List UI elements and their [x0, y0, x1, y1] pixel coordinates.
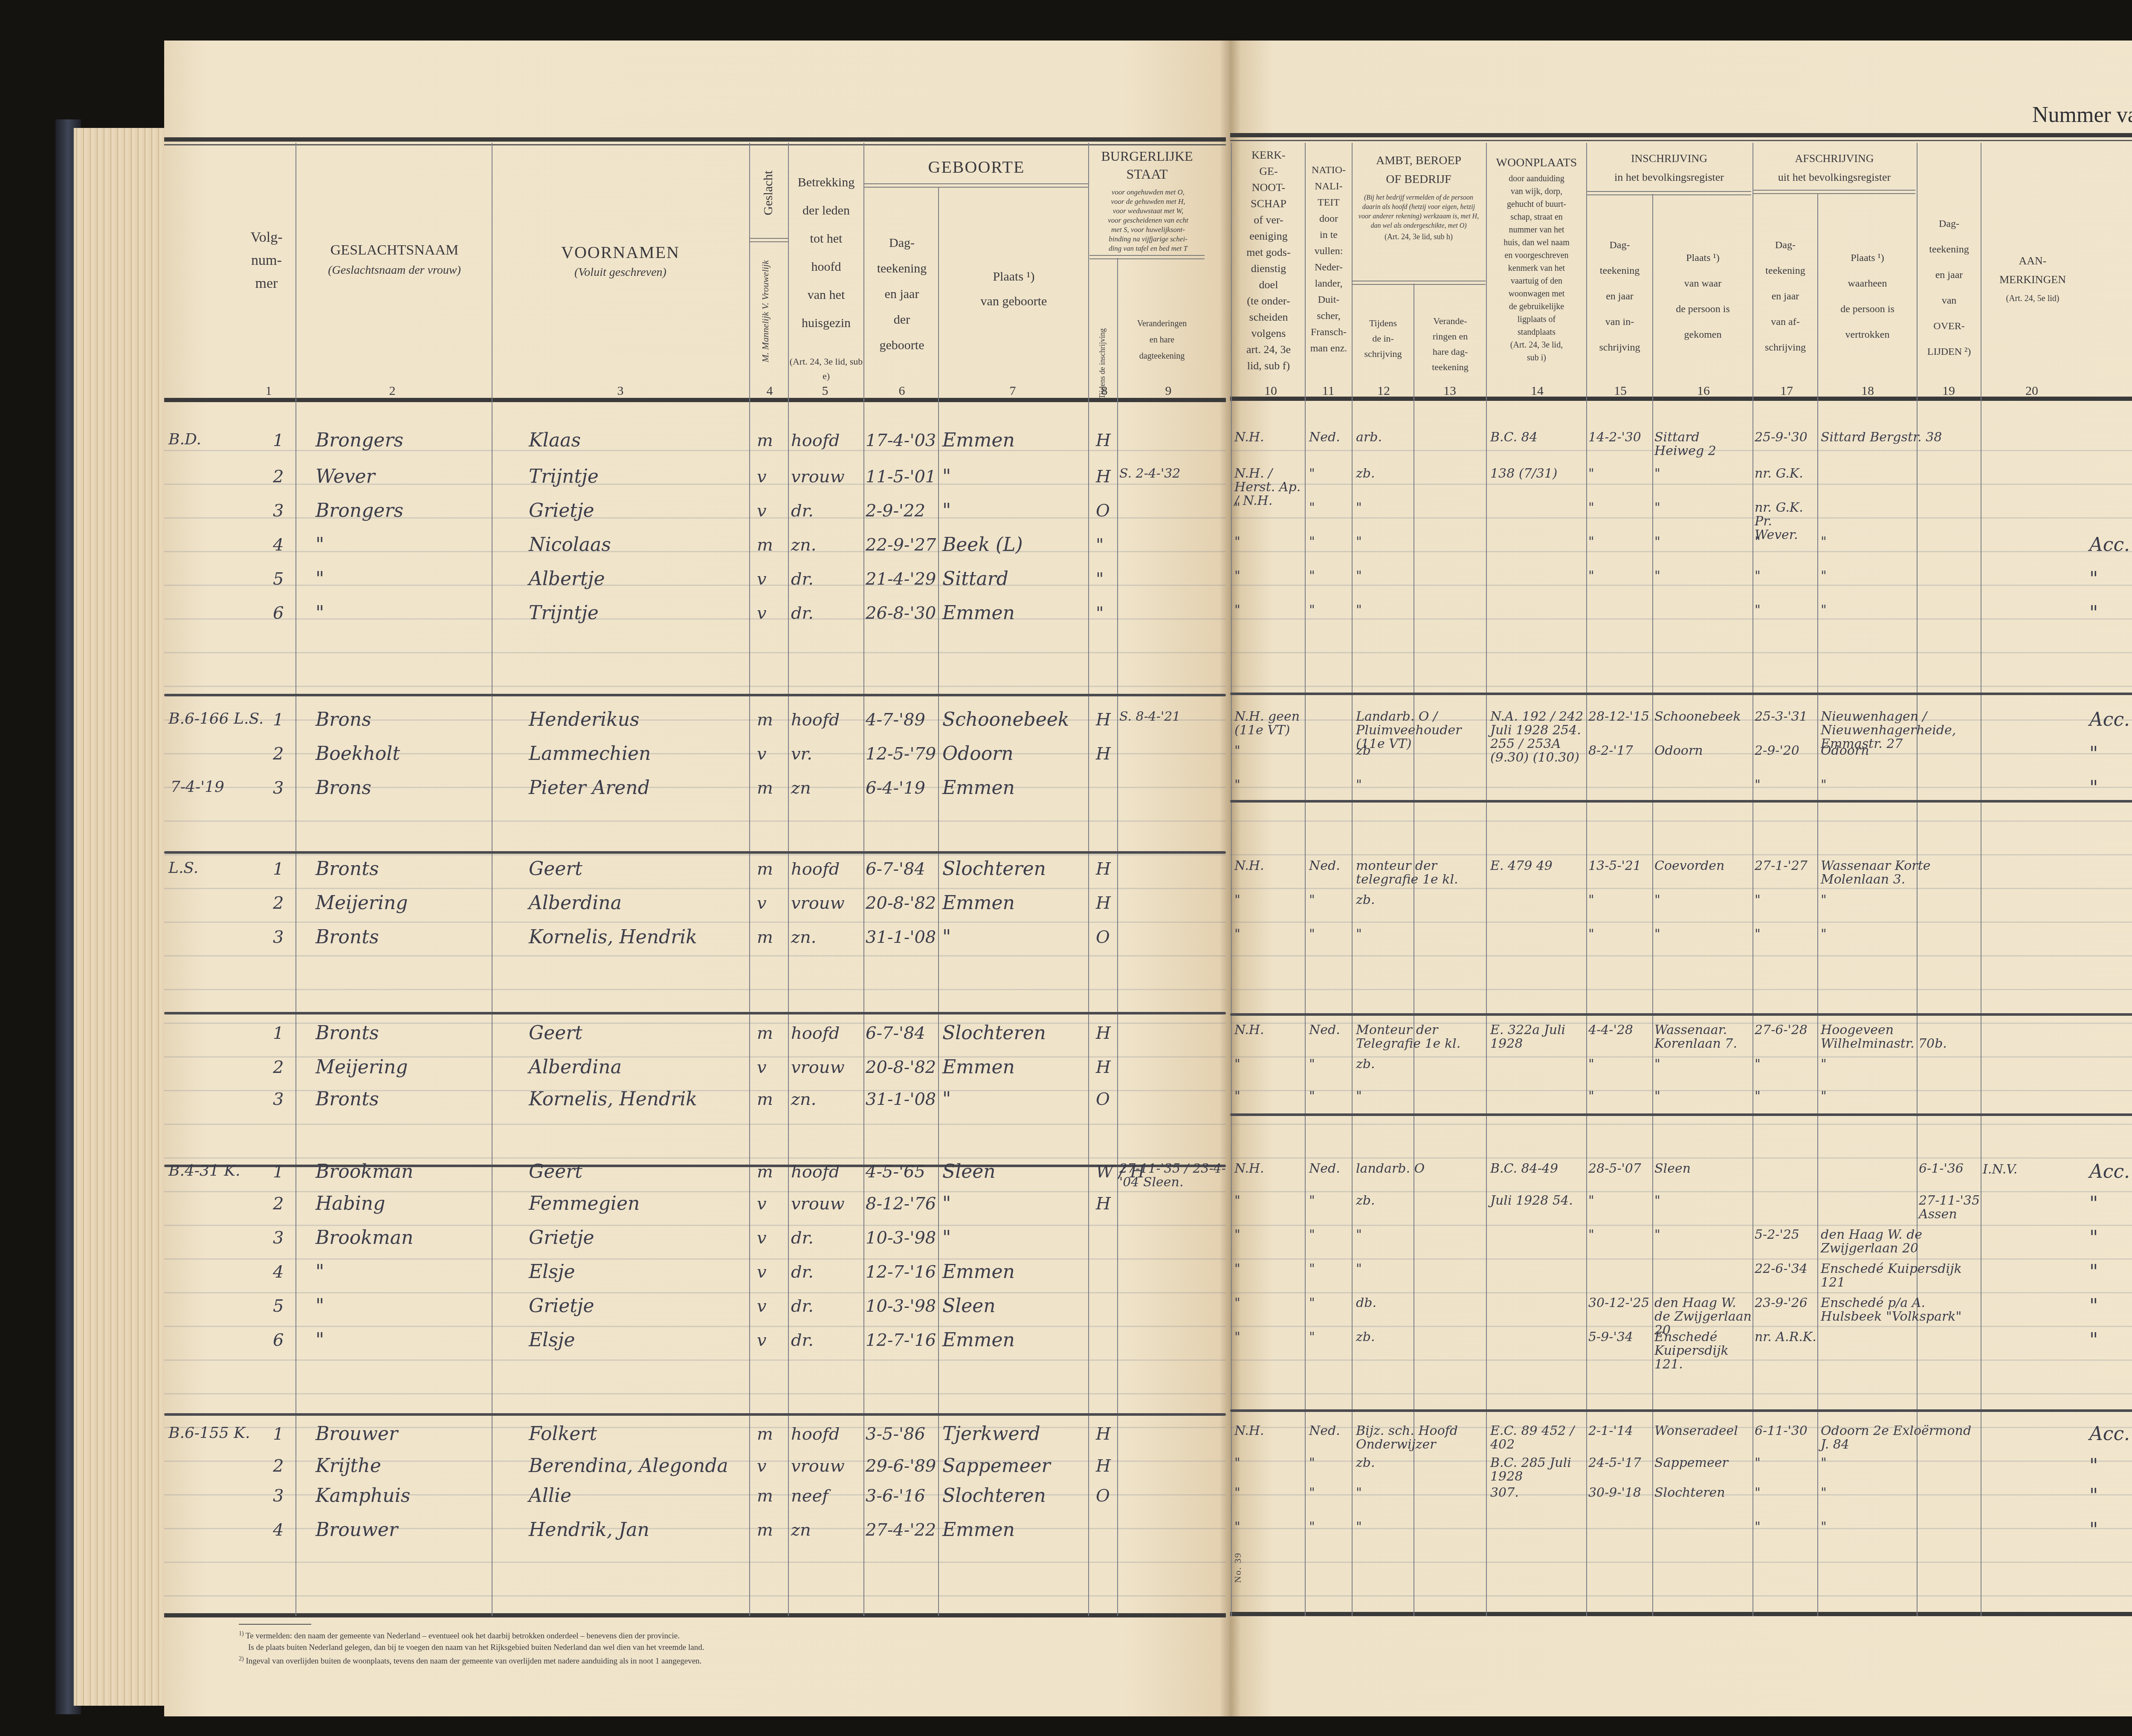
cell-home: 138 (7/31): [1490, 467, 1558, 481]
cell-nr: 3: [273, 927, 284, 947]
cell-dob: 21-4-'29: [866, 569, 936, 589]
cell-civil: H: [1096, 467, 1111, 487]
col1-header-line: Volg-: [239, 226, 294, 249]
cell-in-date: ": [1588, 569, 1594, 583]
col19-header-line: LIJDEN ²): [1918, 339, 1981, 365]
cell-in-date: 28-5-'07: [1588, 1162, 1641, 1176]
col20-header-line: AAN-: [1981, 252, 2084, 270]
cell-in-from: Sittard Heiweg 2: [1654, 431, 1752, 458]
ruled-line: [164, 1124, 1226, 1125]
column-number: 12: [1371, 384, 1396, 398]
cell-rel: dr.: [791, 1262, 814, 1282]
ruled-line: [164, 922, 1226, 923]
col12-header-line: de in-: [1353, 331, 1414, 346]
col2-header-title: GESLACHTSNAAM: [298, 239, 490, 262]
cell-out-to: Odoorn: [1821, 744, 1869, 758]
cell-out-to: Hoogeveen Wilhelminastr. 70b.: [1821, 1023, 1974, 1051]
cell-nr: 3: [273, 1486, 284, 1506]
sheet-number-label: Nummer van het blad: [2032, 102, 2132, 128]
column-number: 6: [889, 384, 915, 398]
cell-in-from: ": [1654, 467, 1660, 481]
cell-out-date: 27-1-'27: [1755, 859, 1808, 873]
cell-occ: ": [1356, 1520, 1362, 1534]
cell-in-date: 13-5-'21: [1588, 859, 1641, 873]
cell-civil: ": [1096, 603, 1104, 623]
ruled-line: [1230, 1090, 2132, 1091]
col4-header: Geslacht: [761, 171, 776, 215]
col6-header-line: en jaar: [866, 281, 938, 307]
burgerlijke-header-line: BURGERLIJKE: [1089, 147, 1205, 165]
cell-occ: zb.: [1356, 1456, 1375, 1470]
col16-header-line: Plaats ¹): [1653, 245, 1753, 271]
cell-out-date: 23-9-'26: [1755, 1296, 1808, 1310]
ruled-line: [1230, 1393, 2132, 1394]
footnote-2: 2) Ingeval van overlijden buiten de woon…: [239, 1653, 704, 1667]
cell-sex: v: [757, 1296, 767, 1316]
cell-surname: Brons: [316, 778, 371, 798]
burgerlijke-legend-line: binding na vijfjarige schei-: [1092, 235, 1205, 244]
cell-home: B.C. 84: [1490, 431, 1538, 444]
col-divider: [1352, 143, 1353, 1616]
cell-out-to: ": [1821, 569, 1827, 583]
cell-in-from: ": [1654, 1090, 1660, 1103]
col14-header-line: door aanduiding: [1487, 172, 1586, 185]
col2-header: GESLACHTSNAAM (Geslachtsnaam der vrouw): [298, 239, 490, 279]
col15-header-line: Dag-: [1587, 232, 1652, 258]
col14-header: WOONPLAATS door aanduiding van wijk, dor…: [1487, 154, 1586, 364]
ruled-line: [1230, 820, 2132, 822]
col1-header-line: num-: [239, 249, 294, 272]
ambt-header-line: AMBT, BEROEP: [1353, 151, 1485, 170]
cell-sex: m: [757, 710, 773, 730]
col-divider: [1981, 143, 1981, 1616]
col10-header-line: doel: [1232, 277, 1305, 293]
cell-civil: H: [1096, 1194, 1111, 1214]
col-divider: [938, 188, 939, 1616]
cell-nat: ": [1309, 1262, 1315, 1276]
cell-occ: ": [1356, 1228, 1362, 1242]
col11-header-line: scher,: [1306, 308, 1352, 324]
cell-rel: vrouw: [791, 1194, 845, 1214]
cell-occ: Landarb. O / Pluimveehouder (11e VT): [1356, 710, 1484, 751]
cell-dob: 20-8-'82: [866, 893, 936, 913]
cell-surname: Boekholt: [316, 744, 400, 764]
col11-header-line: Duit-: [1306, 292, 1352, 308]
cell-given: Kornelis, Hendrik: [529, 1090, 697, 1109]
ruled-line: [1230, 955, 2132, 956]
column-number: 9: [1156, 384, 1181, 398]
cell-in-date: 24-5-'17: [1588, 1456, 1641, 1470]
col-divider: [1652, 194, 1653, 1616]
col3-header: VOORNAMEN (Voluit geschreven): [495, 241, 746, 281]
cell-out-to: Enschedé p/a A. Hulsbeek "Volkspark": [1821, 1296, 1974, 1324]
col18-header: Plaats ¹) waarheen de persoon is vertrok…: [1818, 245, 1917, 348]
col14-header-line: woonwagen met: [1487, 287, 1586, 300]
cell-nat: ": [1309, 927, 1315, 941]
col5-header-sub: (Art. 24, 3e lid, sub e): [789, 354, 863, 383]
cell-death: 6-1-'36: [1919, 1162, 1964, 1176]
cell-in-date: 4-4-'28: [1588, 1023, 1633, 1037]
cell-rel: dr.: [791, 1330, 814, 1350]
cell-pob: Slochteren: [942, 1023, 1046, 1043]
col11-header-line: TEIT: [1306, 194, 1352, 211]
cell-in-from: Enschedé Kuipersdijk 121.: [1654, 1330, 1752, 1371]
burgerlijke-legend-line: ding van tafel en bed met T: [1092, 244, 1205, 253]
family-ref-note: 7-4-'19: [171, 778, 224, 796]
cell-rel: hoofd: [791, 1162, 840, 1182]
col7-header-line: Plaats ¹): [940, 264, 1087, 289]
cell-out-to: ": [1821, 927, 1827, 941]
col-divider: [1817, 194, 1818, 1616]
burgerlijke-separator: [1089, 255, 1205, 259]
family-register-ref: B.6-155 K.: [168, 1424, 250, 1442]
cell-nat: ": [1309, 1330, 1315, 1344]
cell-surname: Brongers: [316, 501, 403, 521]
cell-pob: Odoorn: [942, 744, 1014, 764]
column-number: 17: [1774, 384, 1799, 398]
cell-in-date: ": [1588, 1194, 1594, 1208]
col15-header-line: teekening: [1587, 258, 1652, 284]
cell-church: N.H.: [1234, 431, 1264, 444]
cell-rel: hoofd: [791, 859, 840, 879]
cell-pob: Emmen: [942, 1330, 1015, 1350]
cell-dob: 22-9-'27: [866, 535, 936, 555]
cell-given: Elsje: [529, 1262, 575, 1282]
cell-pob: Emmen: [942, 1058, 1015, 1077]
cell-occ: landarb. O: [1356, 1162, 1425, 1176]
cell-rel: hoofd: [791, 1023, 840, 1043]
ambt-header-line: OF BEDRIJF: [1353, 170, 1485, 189]
col20-header-sub: (Art. 24, 5e lid): [1981, 289, 2084, 308]
cell-sex: m: [757, 1486, 773, 1506]
ruled-line: [1230, 652, 2132, 653]
ruled-line: [1230, 888, 2132, 889]
col5-header-line: Betrekking: [789, 168, 863, 197]
cell-pob: Sittard: [942, 569, 1008, 589]
col18-header-line: vertrokken: [1818, 322, 1917, 348]
cell-remark: Acc.: [2089, 535, 2130, 555]
ruled-line: [1230, 922, 2132, 923]
cell-occ: ": [1356, 501, 1362, 515]
cell-surname: Meijering: [316, 1058, 408, 1077]
cell-home: E. 322a Juli 1928: [1490, 1023, 1586, 1051]
cell-given: Alberdina: [529, 893, 622, 913]
cell-church: ": [1234, 1228, 1240, 1242]
cell-church: N.H. / Herst. Ap. / N.H.: [1234, 467, 1305, 508]
col10-header-line: NOOT-: [1232, 180, 1305, 196]
cell-out-to: ": [1821, 535, 1827, 549]
cell-given: Trijntje: [529, 467, 599, 487]
cell-pob: ": [942, 1194, 951, 1214]
col16-header-line: gekomen: [1653, 322, 1753, 348]
col14-header-line: sub i): [1487, 351, 1586, 364]
col6-header-line: teekening: [866, 256, 938, 281]
cell-remark: ": [2089, 1330, 2098, 1350]
cell-dob: 4-7-'89: [866, 710, 925, 730]
cell-pob: ": [942, 927, 951, 947]
cell-civil: H: [1096, 710, 1111, 730]
cell-in-from: Odoorn: [1654, 744, 1703, 758]
burgerlijke-legend-line: voor gescheidenen van echt: [1092, 216, 1205, 225]
ruled-line: [164, 686, 1226, 687]
cell-surname: Bronts: [316, 859, 379, 879]
form-number: No. 39: [1232, 1552, 1243, 1583]
cell-sex: m: [757, 1090, 773, 1109]
cell-out-to: Wassenaar Korte Molenlaan 3.: [1821, 859, 1974, 887]
cell-pob: Sappemeer: [942, 1456, 1051, 1476]
cell-in-from: Schoonebeek: [1654, 710, 1741, 724]
family-separator: [164, 1413, 1226, 1416]
cell-pob: Emmen: [942, 1262, 1015, 1282]
col2-header-sub: (Geslachtsnaam der vrouw): [298, 262, 490, 279]
col5-header-line: tot het: [789, 225, 863, 253]
col20-header-line: MERKINGEN: [1981, 270, 2084, 289]
cell-given: Grietje: [529, 501, 594, 521]
col5-header: Betrekking der leden tot het hoofd van h…: [789, 168, 863, 383]
header-bottom-rule-right: [1230, 397, 2132, 401]
col10-header-line: dienstig: [1232, 261, 1305, 277]
cell-remark: Acc.: [2089, 1424, 2130, 1444]
col4-header-sub: M. Mannelijk V. Vrouwelijk: [760, 260, 771, 362]
burgerlijke-header-line: STAAT: [1089, 165, 1205, 183]
table-bottom-rule-left: [164, 1613, 1226, 1617]
col-divider: [1305, 143, 1306, 1616]
cell-in-date: ": [1588, 467, 1594, 481]
cell-home: N.A. 192 / 242 Juli 1928 254. 255 / 253A…: [1490, 710, 1586, 765]
cell-nat: ": [1309, 569, 1315, 583]
cell-sex: m: [757, 1023, 773, 1043]
col17-header-line: teekening: [1753, 258, 1817, 284]
cell-rel: dr.: [791, 603, 814, 623]
cell-surname: Brons: [316, 710, 371, 730]
ruled-line: [1230, 1258, 2132, 1260]
ambt-group-header: AMBT, BEROEP OF BEDRIJF (Bij het bedrijf…: [1353, 151, 1485, 243]
cell-occ: zb.: [1356, 893, 1375, 907]
column-number: 3: [608, 384, 633, 398]
cell-out-date: nr. G.K.: [1755, 467, 1803, 481]
cell-given: Henderikus: [529, 710, 640, 730]
ruled-line: [1230, 989, 2132, 990]
cell-sex: v: [757, 1058, 767, 1077]
cell-sex: m: [757, 778, 773, 798]
col11-header-line: NATIO-: [1306, 162, 1352, 178]
col12-header-line: Tijdens: [1353, 316, 1414, 331]
cell-remark: ": [2089, 1456, 2098, 1476]
col6-header-line: geboorte: [866, 333, 938, 358]
cell-civil: H: [1096, 431, 1111, 450]
header-top-thin-left: [164, 144, 1226, 145]
afschrijving-header-line: uit het bevolkingsregister: [1753, 168, 1915, 187]
cell-remark: ": [2089, 744, 2098, 764]
col14-header-line: nummer van het: [1487, 223, 1586, 236]
cell-death: 27-11-'35 Assen: [1919, 1194, 1981, 1221]
header-top-rule-right: [1230, 133, 2132, 137]
col19-header-line: Dag-: [1918, 211, 1981, 237]
cell-occ: zb.: [1356, 1194, 1375, 1208]
cell-nr: 2: [273, 1058, 284, 1077]
cell-given: Alberdina: [529, 1058, 622, 1077]
cell-nat: ": [1309, 535, 1315, 549]
col14-header-line: vaartuig of den: [1487, 275, 1586, 287]
cell-in-from: ": [1654, 535, 1660, 549]
cell-in-date: ": [1588, 927, 1594, 941]
cell-surname: Habing: [316, 1194, 385, 1214]
col14-header-line: schap, straat en: [1487, 211, 1586, 223]
afschrijving-group-header: AFSCHRIJVING uit het bevolkingsregister: [1753, 149, 1915, 187]
cell-in-date: ": [1588, 501, 1594, 515]
cell-in-date: ": [1588, 1090, 1594, 1103]
cell-pob: ": [942, 1228, 951, 1248]
cell-dob: 12-5-'79: [866, 744, 936, 764]
cell-given: Folkert: [529, 1424, 597, 1444]
cell-civil: H: [1096, 1424, 1111, 1444]
cell-given: Allie: [529, 1486, 571, 1506]
cell-out-to: Sittard Bergstr. 38: [1821, 431, 1942, 444]
cell-nat: ": [1309, 501, 1315, 515]
cell-nat: Ned.: [1309, 1162, 1340, 1176]
cell-out-to: Enschedé Kuipersdijk 121: [1821, 1262, 1974, 1290]
cell-home: Juli 1928 54.: [1490, 1194, 1573, 1208]
cell-sex: v: [757, 1228, 767, 1248]
col9-header-line: dagteekening: [1119, 348, 1205, 364]
cell-nat: ": [1309, 603, 1315, 617]
cell-in-date: 14-2-'30: [1588, 431, 1641, 444]
col13-header-line: teekening: [1414, 359, 1486, 375]
column-number: 7: [1000, 384, 1025, 398]
cell-pob: Tjerkwerd: [942, 1424, 1040, 1444]
cell-occ: zb.: [1356, 1330, 1375, 1344]
cell-pob: Schoonebeek: [942, 710, 1069, 730]
cell-remark: ": [2089, 1228, 2098, 1248]
geslacht-separator: [750, 238, 788, 242]
ruled-line: [1230, 1191, 2132, 1192]
cell-out-date: ": [1755, 1456, 1761, 1470]
cell-nr: 1: [273, 859, 284, 879]
cell-rel: hoofd: [791, 1424, 840, 1444]
burgerlijke-legend-line: voor weduwstaat met W,: [1092, 206, 1205, 216]
col10-header: KERK- GE- NOOT- SCHAP of ver- eeniging m…: [1232, 147, 1305, 374]
cell-nat: ": [1309, 893, 1315, 907]
col5-header-line: van het: [789, 281, 863, 309]
cell-sex: v: [757, 893, 767, 913]
col16-header-line: de persoon is: [1653, 296, 1753, 322]
cell-church: ": [1234, 569, 1240, 583]
cell-church: ": [1234, 927, 1240, 941]
cell-pob: Sleen: [942, 1296, 996, 1316]
col-divider: [492, 143, 492, 1616]
col10-header-line: lid, sub f): [1232, 358, 1305, 374]
cell-civil-change: S. 2-4-'32: [1119, 467, 1180, 481]
cell-dob: 26-8-'30: [866, 603, 936, 623]
cell-civil-change: 27-11-'35 / 23-4-'04 Sleen.: [1119, 1162, 1230, 1189]
ruled-line: [1230, 1528, 2132, 1529]
cell-church: ": [1234, 1330, 1240, 1344]
col10-header-line: met gods-: [1232, 244, 1305, 261]
cell-given: Geert: [529, 1162, 582, 1182]
col5-header-line: der leden: [789, 197, 863, 225]
cell-surname: Krijthe: [316, 1456, 381, 1476]
cell-in-from: Wonseradeel: [1654, 1424, 1738, 1438]
col13-header: Verande- ringen en hare dag- teekening: [1414, 313, 1486, 375]
family-register-ref: L.S.: [168, 859, 198, 877]
ruled-line: [164, 1225, 1226, 1226]
cell-in-date: 30-9-'18: [1588, 1486, 1641, 1500]
col11-header-line: Neder-: [1306, 259, 1352, 275]
cell-surname: Kamphuis: [316, 1486, 410, 1506]
inschrijving-header-line: in het bevolkingsregister: [1587, 168, 1751, 187]
cell-nr: 6: [273, 603, 284, 623]
cell-surname: ": [316, 1296, 324, 1316]
cell-out-date: 2-9-'20: [1755, 744, 1799, 758]
col14-header-line: ligplaats of: [1487, 313, 1586, 326]
cell-given: Femmegien: [529, 1194, 640, 1214]
cell-out-date: ": [1755, 1520, 1761, 1534]
family-separator: [1230, 1013, 2132, 1016]
footnotes: 1) Te vermelden: den naam der gemeente v…: [239, 1624, 704, 1667]
col5-header-line: huisgezin: [789, 309, 863, 337]
col11-header-line: door: [1306, 211, 1352, 227]
cell-given: Geert: [529, 1023, 582, 1043]
cell-rel: vrouw: [791, 467, 845, 487]
cell-nat: Ned.: [1309, 431, 1340, 444]
cell-given: Lammechien: [529, 744, 651, 764]
footnote-mark: 2): [239, 1656, 244, 1662]
col15-header: Dag- teekening en jaar van in- schrijvin…: [1587, 232, 1652, 360]
column-number: 8: [1092, 384, 1117, 398]
family-separator: [164, 694, 1226, 696]
ruled-line: [1230, 1157, 2132, 1159]
cell-given: Nicolaas: [529, 535, 611, 555]
cell-home: E.C. 89 452 / 402: [1490, 1424, 1586, 1452]
cell-surname: Wever: [316, 467, 375, 487]
col5-header-line: hoofd: [789, 253, 863, 281]
header-top-thin-right: [1230, 140, 2132, 141]
cell-dob: 4-5-'65: [866, 1162, 925, 1182]
cell-rel: neef: [791, 1486, 828, 1506]
cell-remark: ": [2089, 603, 2098, 623]
family-register-ref: B.4-31 K.: [168, 1162, 240, 1180]
cell-in-from: Slochteren: [1654, 1486, 1725, 1500]
cell-pob: Emmen: [942, 1520, 1015, 1540]
cell-sex: m: [757, 535, 773, 555]
cell-out-to: ": [1821, 778, 1827, 792]
cell-pob: ": [942, 1090, 951, 1109]
col10-header-line: SCHAP: [1232, 196, 1305, 212]
cell-surname: Brookman: [316, 1162, 413, 1182]
col-divider: [1586, 143, 1587, 1616]
cell-out-date: ": [1755, 1090, 1761, 1103]
col-divider: [863, 143, 864, 1616]
cell-sex: v: [757, 603, 767, 623]
family-separator: [164, 1012, 1226, 1014]
col11-header-line: in te: [1306, 227, 1352, 243]
cell-nr: 5: [273, 569, 284, 589]
cell-in-date: 30-12-'25: [1588, 1296, 1649, 1310]
col11-header-line: NALI-: [1306, 178, 1352, 194]
inschrijving-separator: [1587, 191, 1751, 195]
cell-dob: 2-9-'22: [866, 501, 925, 521]
cell-dob: 20-8-'82: [866, 1058, 936, 1077]
cell-out-date: 22-6-'34: [1755, 1262, 1808, 1276]
cell-out-date: ": [1755, 1058, 1761, 1071]
col-divider: [1231, 143, 1232, 1616]
cell-in-date: 2-1-'14: [1588, 1424, 1633, 1438]
cell-occ: ": [1356, 927, 1362, 941]
ambt-header-art: (Art. 24, 3e lid, sub h): [1353, 231, 1485, 243]
cell-sex: v: [757, 1330, 767, 1350]
ruled-line: [1230, 1562, 2132, 1563]
cell-church: ": [1234, 603, 1240, 617]
